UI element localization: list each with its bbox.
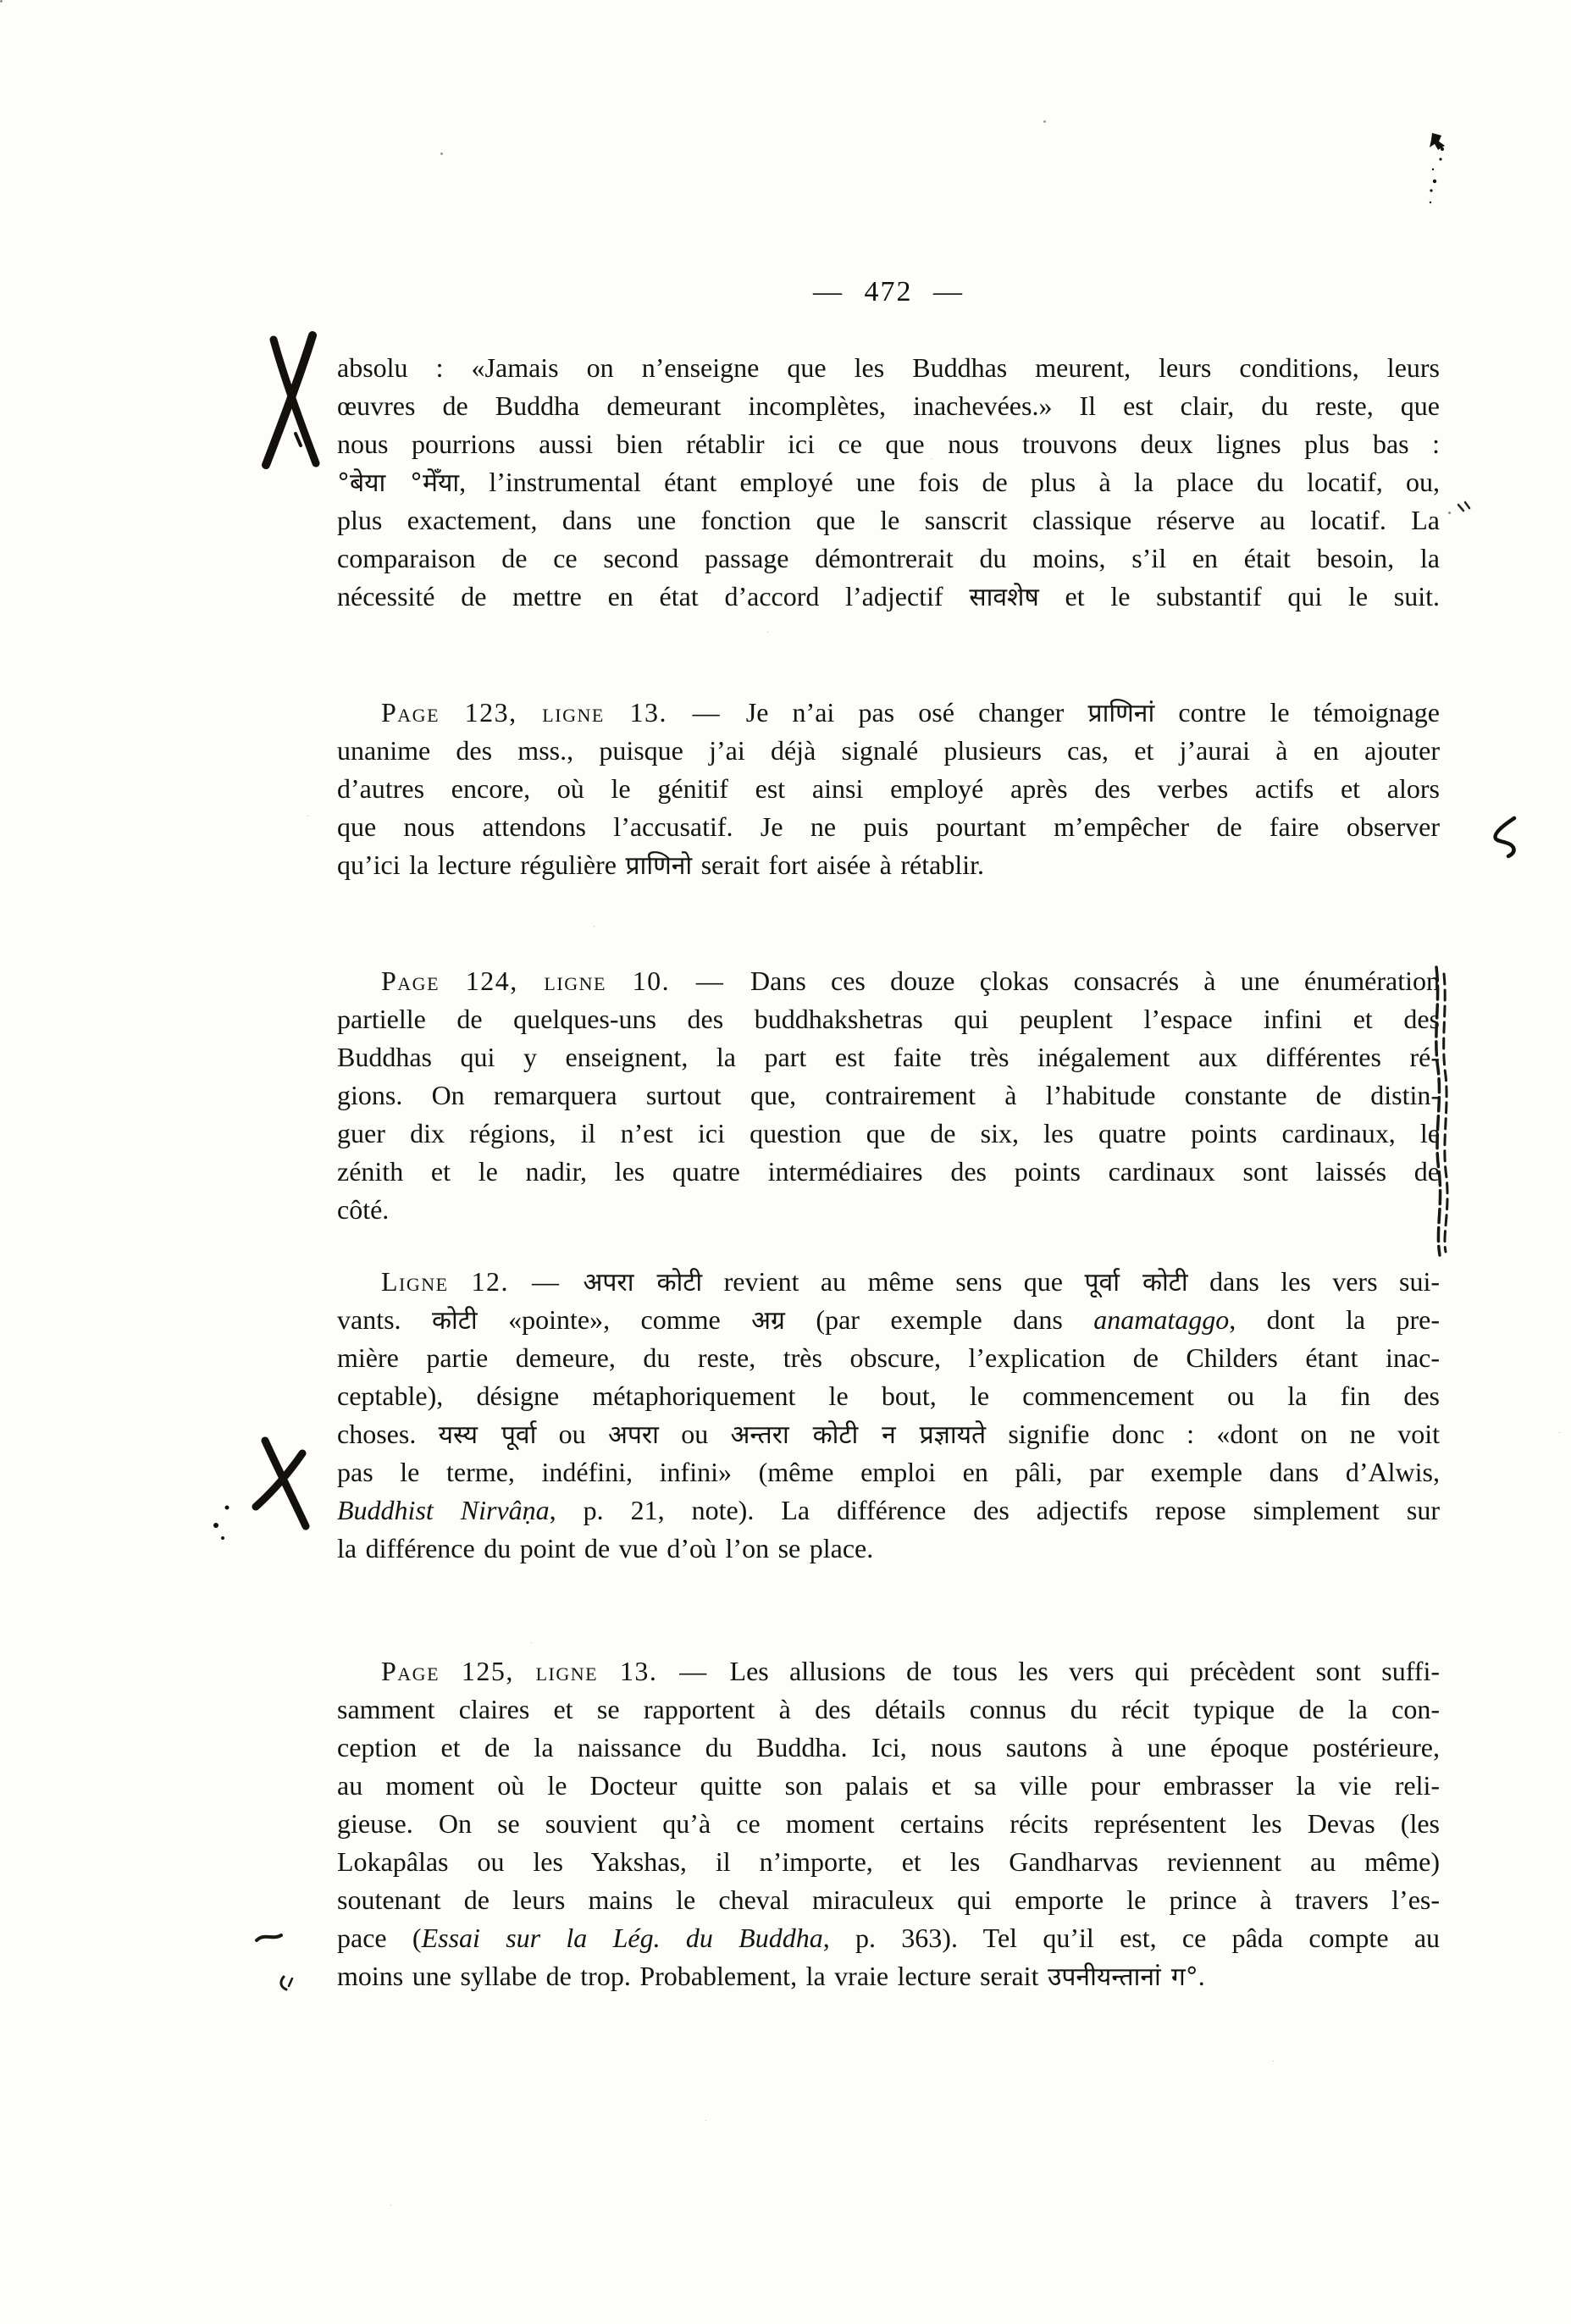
devanagari-text: अग्र xyxy=(751,1306,785,1336)
text-segment: Les allusions de tous les vers qui précè… xyxy=(730,1656,1440,1686)
devanagari-text: पूर्वा कोटी xyxy=(1084,1268,1187,1298)
text-line: gions. On remarquera surtout que, contra… xyxy=(337,1076,1440,1115)
text-line: comparaison de ce second passage démontr… xyxy=(337,539,1440,578)
text-line: Buddhist Nirvâṇa, p. 21, note). La diffé… xyxy=(337,1491,1440,1530)
devanagari-text: कोटी xyxy=(432,1306,478,1336)
text-line: mière partie demeure, du reste, très obs… xyxy=(337,1339,1440,1377)
text-line: plus exactement, dans une fonction que l… xyxy=(337,501,1440,539)
text-segment: pas le terme, indéfini, infini» (même em… xyxy=(337,1457,1440,1487)
text-segment: zénith et le nadir, les quatre intermédi… xyxy=(337,1156,1440,1187)
text-line: ceptable), désigne métaphoriquement le b… xyxy=(337,1377,1440,1415)
text-segment: contre le témoignage xyxy=(1154,697,1440,728)
text-segment: dans les vers sui- xyxy=(1188,1266,1440,1297)
text-segment: et le substantif qui le suit. xyxy=(1039,581,1440,611)
text-segment: œuvres de Buddha demeurant incomplètes, … xyxy=(337,390,1440,421)
text-line: guer dix régions, il n’est ici question … xyxy=(337,1115,1440,1153)
text-line: Ligne 12. — अपरा कोटी revient au même se… xyxy=(337,1263,1440,1301)
text-line: gieuse. On se souvient qu’à ce moment ce… xyxy=(337,1805,1440,1843)
text-segment: Je n’ai pas osé changer xyxy=(746,697,1088,728)
text-line: pas le terme, indéfini, infini» (même em… xyxy=(337,1453,1440,1491)
text-segment: signifie donc : «dont on ne voit xyxy=(986,1419,1440,1449)
paragraph-page-123-ligne-13: Page 123, ligne 13. — Je n’ai pas osé ch… xyxy=(337,694,1440,884)
text-segment: unanime des mss., puisque j’ai déjà sign… xyxy=(337,735,1440,766)
text-segment: côté. xyxy=(337,1194,389,1225)
text-segment: Buddhas qui y enseignent, la part est fa… xyxy=(337,1042,1440,1072)
text-segment: nécessité de mettre en état d’accord l’a… xyxy=(337,581,969,611)
text-segment: comparaison de ce second passage démontr… xyxy=(337,543,1440,573)
text-segment: Dans ces douze çlokas consacrés à une én… xyxy=(750,966,1440,996)
text-line: Page 123, ligne 13. — Je n’ai pas osé ch… xyxy=(337,694,1440,732)
scan-noise-specks xyxy=(0,0,3,3)
page-number: — 472 — xyxy=(337,276,1440,308)
text-segment: pace ( xyxy=(337,1923,422,1953)
devanagari-text: सावशेष xyxy=(969,583,1038,612)
text-segment: serait fort aisée à rétablir. xyxy=(692,849,984,880)
text-line: au moment où le Docteur quitte son palai… xyxy=(337,1767,1440,1805)
text-segment: guer dix régions, il n’est ici question … xyxy=(337,1118,1440,1148)
text-line: soutenant de leurs mains le cheval mirac… xyxy=(337,1881,1440,1919)
page-number-text: — 472 — xyxy=(813,276,964,307)
text-line: nécessité de mettre en état d’accord l’a… xyxy=(337,578,1440,616)
text-segment: plus exactement, dans une fonction que l… xyxy=(337,505,1440,535)
text-line: Page 124, ligne 10. — Dans ces douze çlo… xyxy=(337,962,1440,1000)
devanagari-text: अपरा xyxy=(608,1420,659,1450)
devanagari-text: प्राणिनो xyxy=(625,851,692,881)
ink-blot-top-right xyxy=(1430,133,1445,203)
text-segment: ou xyxy=(659,1419,731,1449)
text-segment: ceptable), désigne métaphoriquement le b… xyxy=(337,1381,1440,1411)
text-segment: revient au même sens que xyxy=(702,1266,1084,1297)
text-segment: soutenant de leurs mains le cheval mirac… xyxy=(337,1884,1440,1915)
smallcaps-heading: Page 123, ligne 13. — xyxy=(381,697,746,728)
text-segment: , dont la pre- xyxy=(1229,1304,1440,1335)
italic-text: Essai sur la Lég. du Buddha xyxy=(422,1923,823,1953)
text-line: œuvres de Buddha demeurant incomplètes, … xyxy=(337,387,1440,425)
text-segment: samment claires et se rapportent à des d… xyxy=(337,1694,1440,1724)
text-segment: que nous attendons l’accusatif. Je ne pu… xyxy=(337,811,1440,842)
text-line: vants. कोटी «pointe», comme अग्र (par ex… xyxy=(337,1301,1440,1339)
text-line: absolu : «Jamais on n’enseigne que les B… xyxy=(337,349,1440,387)
devanagari-text: अन्तरा कोटी न प्रज्ञायते xyxy=(731,1420,987,1450)
text-segment: la différence du point de vue d’où l’on … xyxy=(337,1533,873,1563)
text-line: partielle de quelques-uns des buddhakshe… xyxy=(337,1000,1440,1038)
text-segment: Lokapâlas ou les Yakshas, il n’importe, … xyxy=(337,1846,1440,1877)
text-segment: d’autres encore, où le génitif est ainsi… xyxy=(337,773,1440,804)
text-segment: mière partie demeure, du reste, très obs… xyxy=(337,1342,1440,1373)
text-line: Page 125, ligne 13. — Les allusions de t… xyxy=(337,1652,1440,1690)
text-segment: qu’ici la lecture régulière xyxy=(337,849,625,880)
smallcaps-heading: Page 125, ligne 13. — xyxy=(381,1656,730,1686)
devanagari-text: प्राणिनां xyxy=(1088,699,1155,728)
devanagari-text: यस्य पूर्वा xyxy=(439,1420,537,1450)
paragraph-page-124-ligne-10: Page 124, ligne 10. — Dans ces douze çlo… xyxy=(337,962,1440,1229)
text-line: choses. यस्य पूर्वा ou अपरा ou अन्तरा को… xyxy=(337,1415,1440,1453)
text-line: qu’ici la lecture régulière प्राणिनो ser… xyxy=(337,846,1440,884)
text-line: la différence du point de vue d’où l’on … xyxy=(337,1530,1440,1568)
text-segment: choses. xyxy=(337,1419,439,1449)
text-line: unanime des mss., puisque j’ai déjà sign… xyxy=(337,732,1440,770)
tick-marks-bottom-left xyxy=(257,1935,292,1989)
text-segment: absolu : «Jamais on n’enseigne que les B… xyxy=(337,352,1440,383)
text-segment: partielle de quelques-uns des buddhakshe… xyxy=(337,1004,1440,1034)
italic-text: Buddhist Nirvâṇa xyxy=(337,1495,550,1525)
text-line: °बेया °मेँया, l’instrumental étant emplo… xyxy=(337,463,1440,501)
text-line: samment claires et se rapportent à des d… xyxy=(337,1690,1440,1729)
text-segment: gions. On remarquera surtout que, contra… xyxy=(337,1080,1440,1110)
text-segment: , p. 363). Tel qu’il est, ce pâda compte… xyxy=(823,1923,1440,1953)
smallcaps-heading: Page 124, ligne 10. — xyxy=(381,966,750,996)
s-squiggle-mark xyxy=(1496,818,1514,856)
scanned-page: — 472 — absolu : «Jamais on n’enseigne q… xyxy=(0,0,1571,2324)
text-line: pace (Essai sur la Lég. du Buddha, p. 36… xyxy=(337,1919,1440,1957)
text-line: ception et de la naissance du Buddha. Ic… xyxy=(337,1729,1440,1767)
text-column: absolu : «Jamais on n’enseigne que les B… xyxy=(337,349,1440,1995)
text-segment: «pointe», comme xyxy=(478,1304,751,1335)
paragraph-page-125-ligne-13: Page 125, ligne 13. — Les allusions de t… xyxy=(337,1652,1440,1995)
text-segment: gieuse. On se souvient qu’à ce moment ce… xyxy=(337,1808,1440,1839)
devanagari-text: उपनीयन्तानां ग° xyxy=(1048,1962,1198,1992)
devanagari-text: अपरा कोटी xyxy=(583,1268,702,1298)
devanagari-text: °बेया °मेँया xyxy=(337,468,459,498)
text-segment: moins une syllabe de trop. Probablement,… xyxy=(337,1961,1048,1991)
text-segment: nous pourrions aussi bien rétablir ici c… xyxy=(337,429,1440,459)
smallcaps-heading: Ligne 12. — xyxy=(381,1266,583,1297)
text-line: zénith et le nadir, les quatre intermédi… xyxy=(337,1153,1440,1191)
fleck-right-margin xyxy=(1458,502,1469,511)
text-line: que nous attendons l’accusatif. Je ne pu… xyxy=(337,808,1440,846)
text-line: côté. xyxy=(337,1191,1440,1229)
text-line: d’autres encore, où le génitif est ainsi… xyxy=(337,770,1440,808)
text-segment: ception et de la naissance du Buddha. Ic… xyxy=(337,1732,1440,1762)
paragraph-absolu: absolu : «Jamais on n’enseigne que les B… xyxy=(337,349,1440,616)
text-line: Lokapâlas ou les Yakshas, il n’importe, … xyxy=(337,1843,1440,1881)
text-line: nous pourrions aussi bien rétablir ici c… xyxy=(337,425,1440,463)
italic-text: anamataggo xyxy=(1093,1304,1229,1335)
text-segment: , l’instrumental étant employé une fois … xyxy=(459,467,1440,497)
text-segment: au moment où le Docteur quitte son palai… xyxy=(337,1770,1440,1801)
text-segment: ou xyxy=(536,1419,608,1449)
text-segment: vants. xyxy=(337,1304,432,1335)
text-segment: , p. 21, note). La différence des adject… xyxy=(550,1495,1440,1525)
text-line: moins une syllabe de trop. Probablement,… xyxy=(337,1957,1440,1995)
text-segment: (par exemple dans xyxy=(785,1304,1093,1335)
text-line: Buddhas qui y enseignent, la part est fa… xyxy=(337,1038,1440,1076)
text-segment: . xyxy=(1198,1961,1205,1991)
paragraph-ligne-12: Ligne 12. — अपरा कोटी revient au même se… xyxy=(337,1263,1440,1568)
x-mark-top xyxy=(266,335,316,465)
x-mark-middle xyxy=(213,1441,306,1540)
